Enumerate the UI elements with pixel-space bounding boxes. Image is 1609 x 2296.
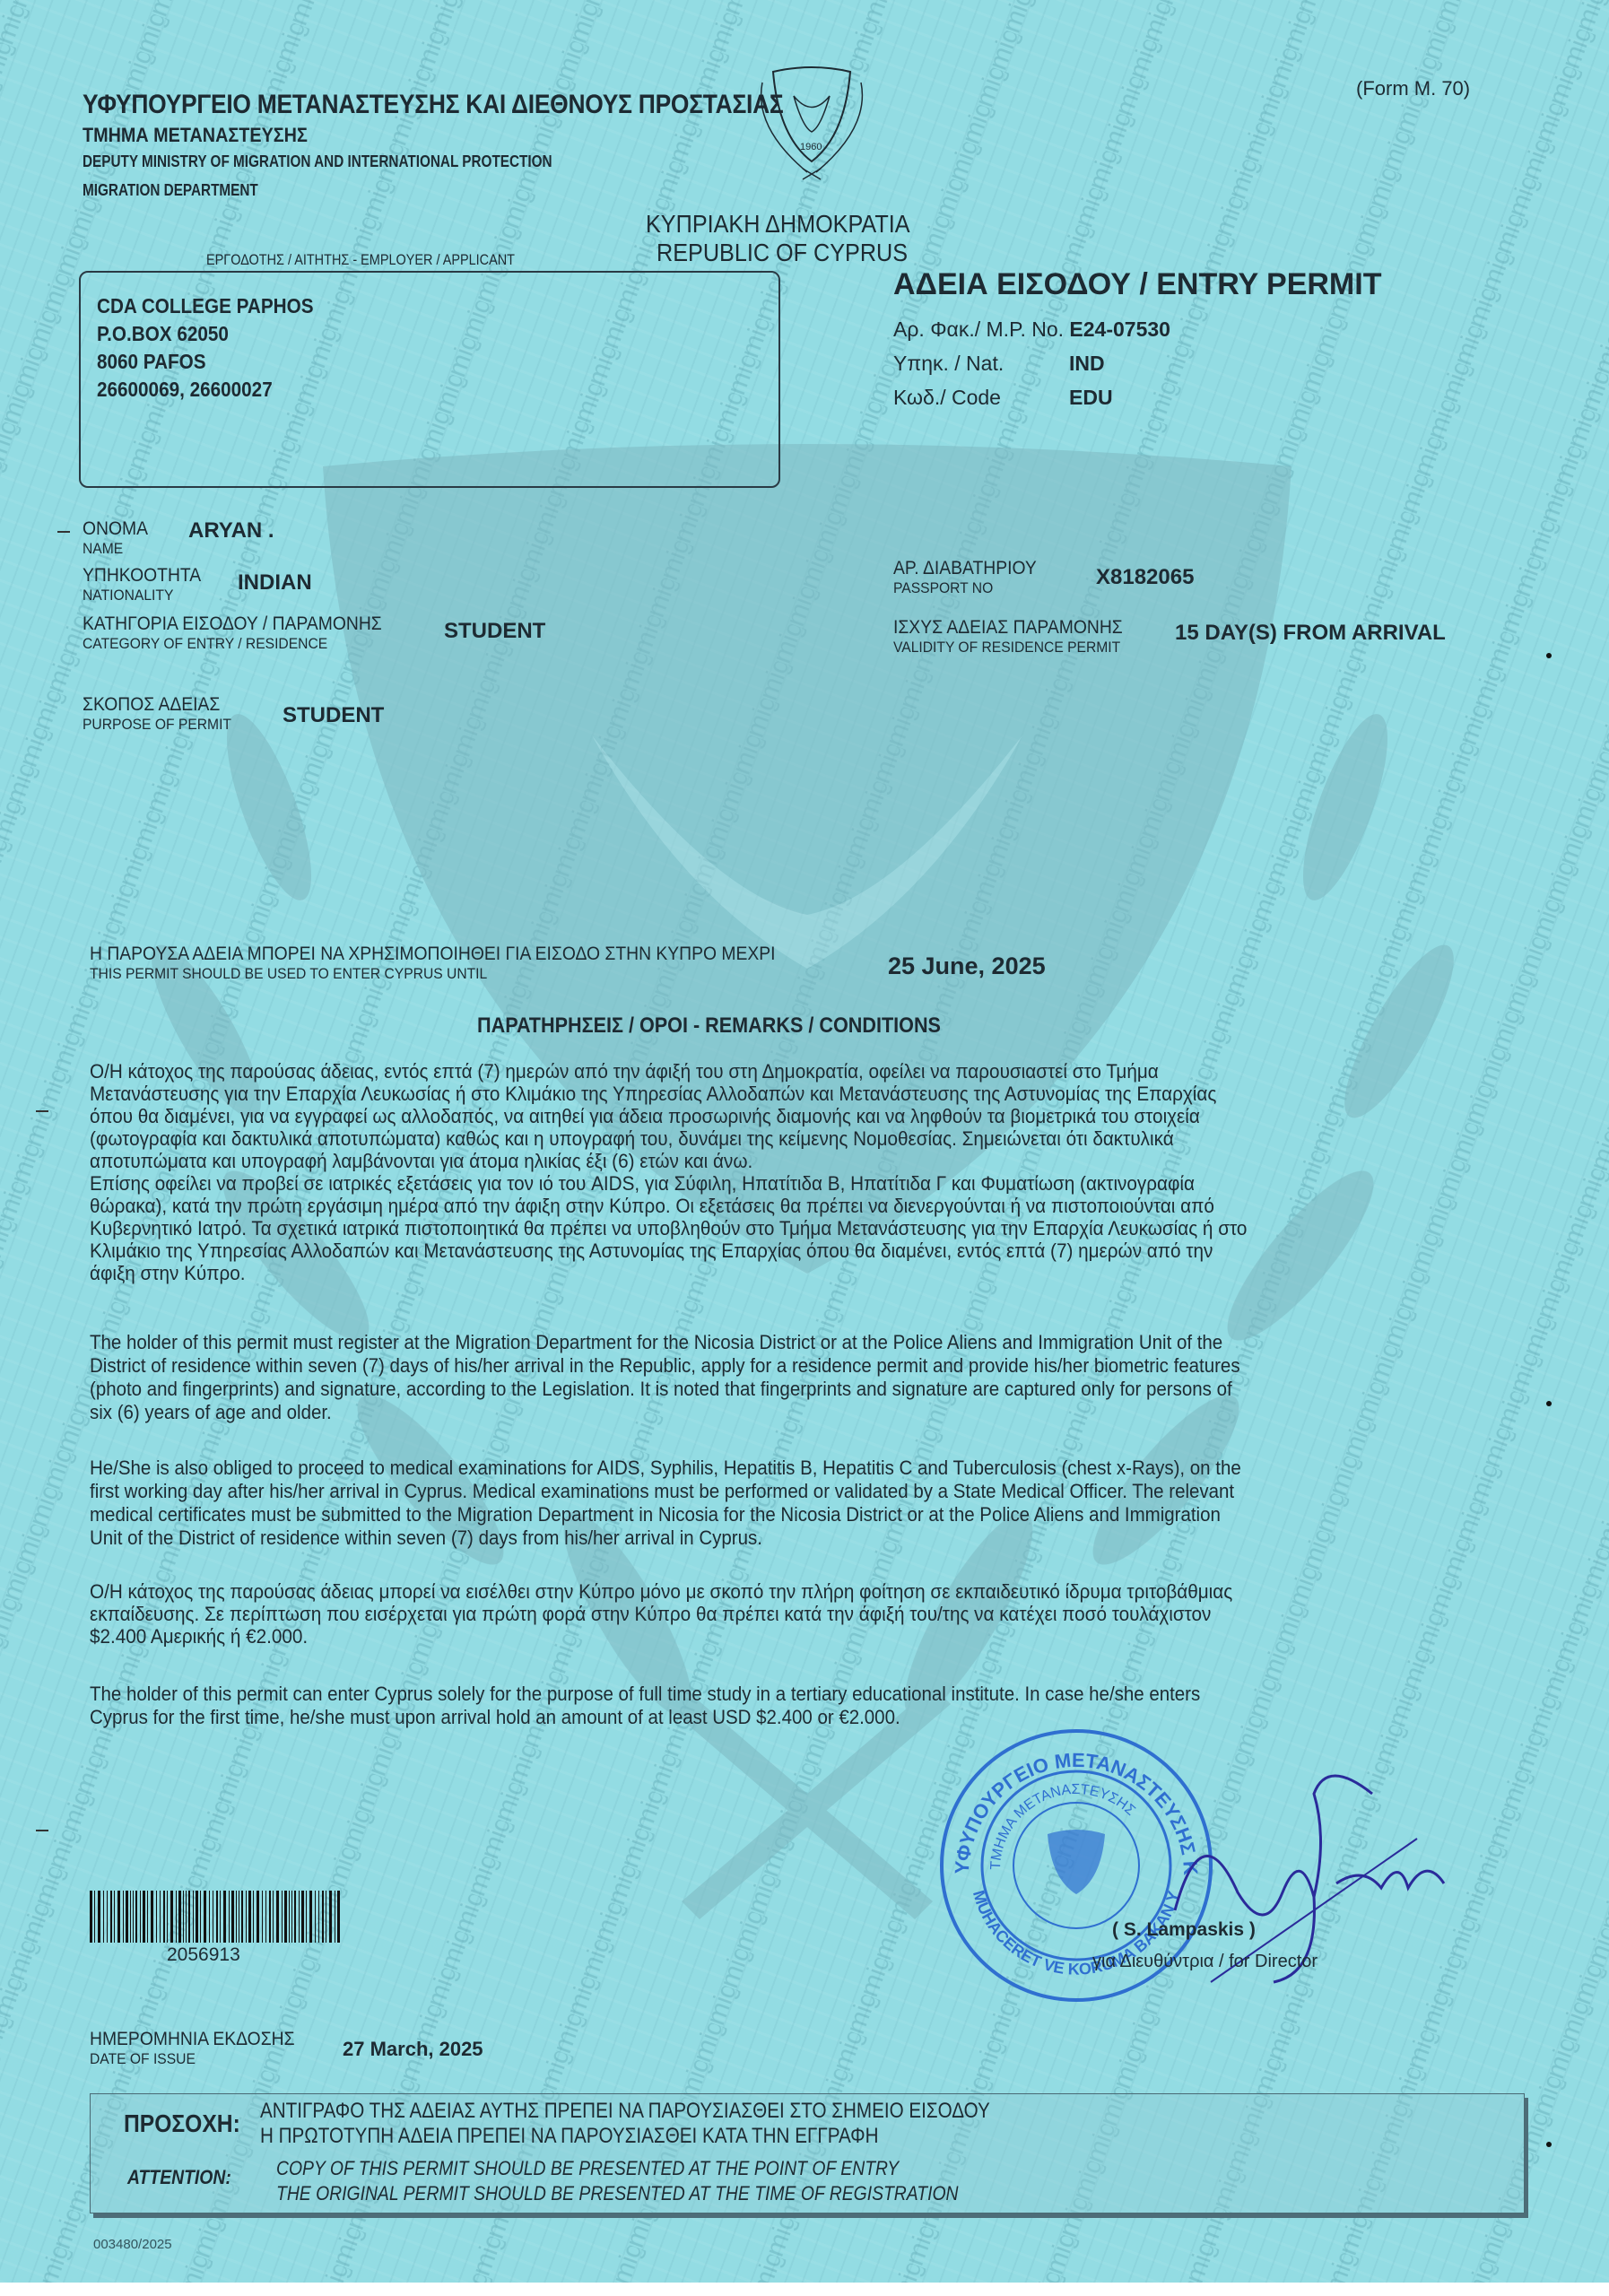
code-label: Κωδ./ Code: [893, 386, 1001, 409]
entry-until-date: 25 June, 2025: [888, 952, 1046, 980]
entry-until-label: Η ΠΑΡΟΥΣΑ ΑΔΕΙΑ ΜΠΟΡΕΙ ΝΑ ΧΡΗΣΙΜΟΠΟΙΗΘΕΙ…: [90, 944, 835, 983]
department-title-greek: ΤΜΗΜΑ ΜΕΤΑΝΑΣΤΕΥΣΗΣ: [83, 124, 308, 147]
ministry-title-english: DEPUTY MINISTRY OF MIGRATION AND INTERNA…: [83, 152, 552, 171]
code-value: EDU: [1069, 386, 1113, 410]
employer-line: CDA COLLEGE PAPHOS: [97, 292, 314, 320]
file-number-row: Αρ. Φακ./ M.P. No. E24-07530: [893, 317, 1170, 342]
cyprus-coat-of-arms-icon: 1960: [744, 56, 879, 181]
employer-line: P.O.BOX 62050: [97, 320, 314, 348]
validity-value: 15 DAY(S) FROM ARRIVAL: [1175, 621, 1446, 646]
nat-value: IND: [1069, 352, 1105, 376]
remarks-english-2: He/She is also obliged to proceed to med…: [90, 1457, 1543, 1550]
code-row: Κωδ./ Code: [893, 386, 1001, 410]
employer-address: CDA COLLEGE PAPHOS P.O.BOX 62050 8060 PA…: [97, 292, 314, 404]
issue-date-label: ΗΜΕΡΟΜΗΝΙΑ ΕΚΔΟΣΗΣ DATE OF ISSUE: [90, 2029, 312, 2068]
attention-label-english: ATTENTION:: [127, 2166, 231, 2189]
barcode-number: 2056913: [167, 1944, 240, 1966]
republic-title-english: REPUBLIC OF CYPRUS: [657, 239, 908, 267]
remarks-english-1: The holder of this permit must register …: [90, 1331, 1543, 1424]
passport-label: ΑΡ. ΔΙΑΒΑΤΗΡΙΟΥ PASSPORT NO: [893, 558, 1049, 597]
margin-mark: [36, 1830, 48, 1831]
margin-dot: [1546, 653, 1552, 658]
signatory-role: για Διευθύντρια / for Director: [1092, 1952, 1318, 1972]
margin-mark: [57, 531, 70, 533]
svg-text:1960: 1960: [800, 142, 822, 152]
issue-date-value: 27 March, 2025: [343, 2038, 483, 2061]
employer-line: 26600069, 26600027: [97, 376, 314, 404]
remarks-title: ΠΑΡΑΤΗΡΗΣΕΙΣ / ΟΡΟΙ - REMARKS / CONDITIO…: [477, 1013, 941, 1039]
file-number-value: E24-07530: [1069, 317, 1170, 341]
margin-dot: [1546, 1401, 1552, 1406]
form-number: (Form M. 70): [1356, 77, 1470, 100]
entry-permit-document: migration migration ΥΦΥΠΟΥΡΓΕΙΟ ΜΕΤΑΝΑΣΤ…: [0, 0, 1609, 2283]
attention-label-greek: ΠΡΟΣΟΧΗ:: [124, 2109, 240, 2138]
name-value: ARYAN .: [188, 518, 274, 544]
remarks-english-3: The holder of this permit can enter Cypr…: [90, 1683, 1543, 1729]
nat-label: Υπηκ. / Nat.: [893, 352, 1004, 375]
republic-title-greek: ΚΥΠΡΙΑΚΗ ΔΗΜΟΚΡΑΤΙΑ: [646, 210, 910, 239]
attention-text-english: COPY OF THIS PERMIT SHOULD BE PRESENTED …: [276, 2156, 959, 2206]
category-label: ΚΑΤΗΓΟΡΙΑ ΕΙΣΟΔΟΥ / ΠΑΡΑΜΟΝΗΣ CATEGORY O…: [83, 613, 408, 653]
category-value: STUDENT: [444, 619, 545, 644]
ministry-title-greek: ΥΦΥΠΟΥΡΓΕΙΟ ΜΕΤΑΝΑΣΤΕΥΣΗΣ ΚΑΙ ΔΙΕΘΝΟΥΣ Π…: [83, 90, 784, 120]
signatory-name: ( S. Lampaskis ): [1112, 1919, 1256, 1941]
margin-mark: [36, 1110, 48, 1112]
remarks-greek-1: Ο/Η κάτοχος της παρούσας άδειας, εντός ε…: [90, 1060, 1559, 1284]
permit-title: ΑΔΕΙΑ ΕΙΣΟΔΟΥ / ENTRY PERMIT: [893, 267, 1381, 302]
purpose-value: STUDENT: [283, 703, 384, 728]
employer-label: ΕΡΓΟΔΟΤΗΣ / ΑΙΤΗΤΗΣ - EMPLOYER / APPLICA…: [206, 251, 515, 269]
nat-row: Υπηκ. / Nat.: [893, 352, 1004, 376]
file-number-label: Αρ. Φακ./ M.P. No.: [893, 317, 1064, 341]
reference-number: 003480/2025: [93, 2237, 172, 2252]
passport-value: X8182065: [1096, 565, 1194, 590]
department-title-english: MIGRATION DEPARTMENT: [83, 181, 258, 200]
margin-dot: [1546, 2142, 1552, 2147]
barcode-icon: [90, 1891, 341, 1943]
employer-line: 8060 PAFOS: [97, 348, 314, 376]
validity-label: ΙΣΧΥΣ ΑΔΕΙΑΣ ΠΑΡΑΜΟΝΗΣ VALIDITY OF RESID…: [893, 617, 1143, 657]
remarks-greek-2: Ο/Η κάτοχος της παρούσας άδειας μπορεί ν…: [90, 1580, 1559, 1648]
name-label: ONOMA NAME: [83, 518, 153, 558]
nationality-value: INDIAN: [238, 570, 312, 596]
attention-text-greek: ΑΝΤΙΓΡΑΦΟ ΤΗΣ ΑΔΕΙΑΣ ΑΥΤΗΣ ΠΡΕΠΕΙ ΝΑ ΠΑΡ…: [260, 2099, 990, 2149]
purpose-label: ΣΚΟΠΟΣ ΑΔΕΙΑΣ PURPOSE OF PERMIT: [83, 694, 244, 734]
nationality-label: ΥΠΗΚΟΟΤΗΤΑ NATIONALITY: [83, 565, 212, 604]
